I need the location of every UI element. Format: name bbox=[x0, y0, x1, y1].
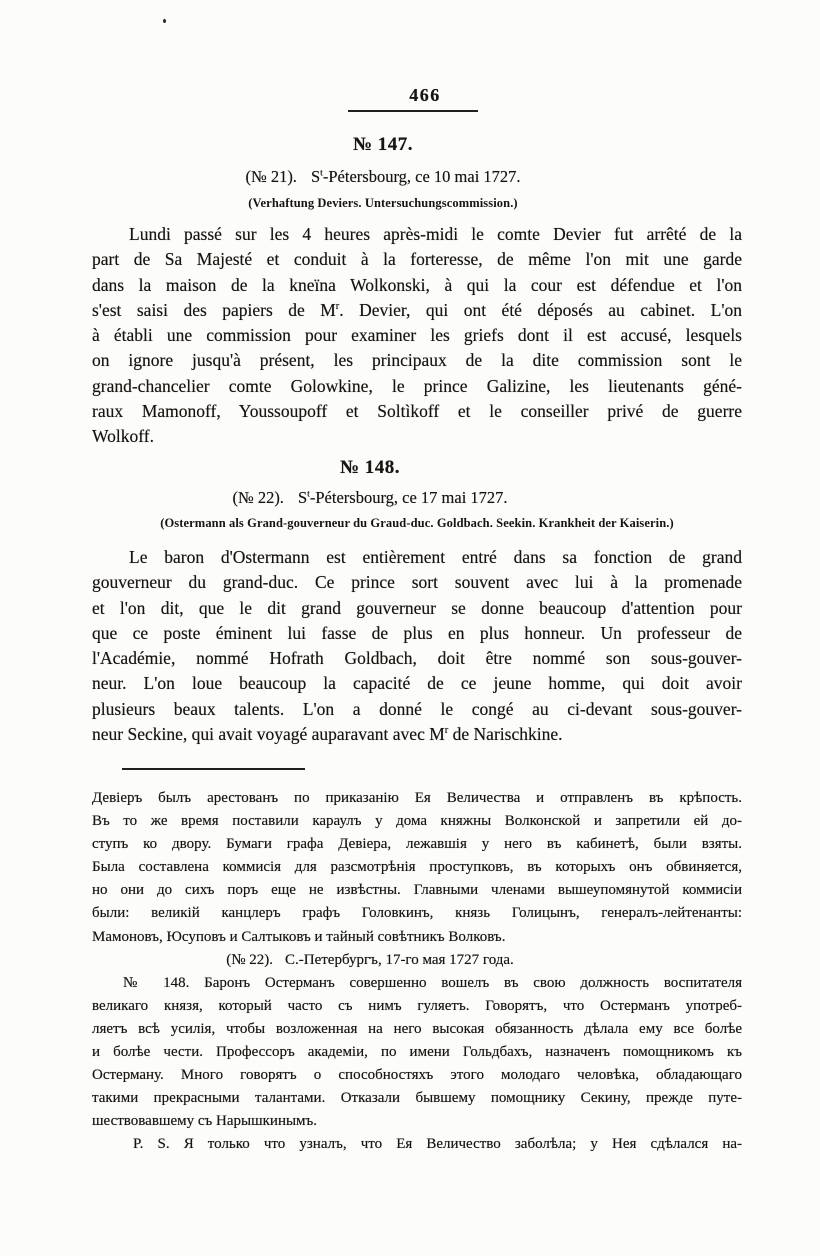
footnote-line: Въ то же время поставили караулъ у дома … bbox=[92, 810, 742, 833]
text-line: neur Seckine, qui avait voyagé auparavan… bbox=[92, 722, 742, 747]
footnote-line: шествовавшему съ Нарышкинымъ. bbox=[92, 1110, 742, 1133]
footnote-line: и болѣе чести. Профессоръ академіи, по и… bbox=[92, 1041, 742, 1064]
footnote-line: великаго князя, который часто съ нимъ гу… bbox=[92, 995, 742, 1018]
entry-148-dateline-place: St-Pétersbourg, ce 17 mai 1727. bbox=[298, 488, 508, 507]
footnote-line: Девіеръ былъ арестованъ по приказанію Ея… bbox=[92, 787, 742, 810]
footnote-dateline-number: (№ 22). bbox=[226, 952, 273, 968]
footnote-separator-rule bbox=[122, 768, 305, 770]
text-line: et l'on dit, que le dit grand gouverneur… bbox=[92, 596, 742, 621]
text-line: à établi une commission pour examiner le… bbox=[92, 323, 742, 348]
footnote-line: ступъ ко двору. Бумаги графа Девіера, ле… bbox=[92, 833, 742, 856]
page-number-rule bbox=[348, 110, 478, 112]
entry-148-caption: (Ostermann als Grand-gouverneur du Graud… bbox=[92, 516, 742, 531]
entry-147-dateline-place: St-Pétersbourg, ce 10 mai 1727. bbox=[311, 167, 521, 186]
footnote-line: № 148. Баронъ Остерманъ совершенно вошел… bbox=[92, 972, 742, 995]
text-line: grand-chancelier comte Golowkine, le pri… bbox=[92, 374, 742, 399]
entry-147-dateline: (№ 21).St-Pétersbourg, ce 10 mai 1727. bbox=[58, 167, 708, 187]
page-number: 466 bbox=[100, 85, 750, 106]
text-line: gouverneur du grand-duc. Ce prince sort … bbox=[92, 570, 742, 595]
scan-speck bbox=[163, 19, 166, 23]
text-line: que ce poste éminent lui fasse de plus e… bbox=[92, 621, 742, 646]
entry-148-dateline-number: (№ 22). bbox=[232, 488, 283, 507]
text-line: on ignore jusqu'à présent, les principau… bbox=[92, 348, 742, 373]
footnote-postscript-line: P. S. Я только что узналъ, что Ея Величе… bbox=[92, 1133, 742, 1156]
text-line: Wolkoff. bbox=[92, 424, 742, 449]
text-line: plusieurs beaux talents. L'on a donné le… bbox=[92, 697, 742, 722]
entry-148-text: Le baron d'Ostermann est entièrement ent… bbox=[92, 545, 742, 747]
text-line: neur. L'on loue beaucoup la capacité de … bbox=[92, 671, 742, 696]
footnote-line: такими прекрасными талантами. Отказали б… bbox=[92, 1087, 742, 1110]
text-line: Le baron d'Ostermann est entièrement ent… bbox=[92, 545, 742, 570]
text-line: raux Mamonoff, Youssoupoff et Soltìkoff … bbox=[92, 399, 742, 424]
text-line: l'Académie, nommé Hofrath Goldbach, doit… bbox=[92, 646, 742, 671]
footnote-line: ляетъ всѣ усилія, чтобы возложенная на н… bbox=[92, 1018, 742, 1041]
entry-148-dateline: (№ 22).St-Pétersbourg, ce 17 mai 1727. bbox=[45, 488, 695, 508]
entry-147-heading: № 147. bbox=[58, 134, 708, 156]
scanned-book-page: 466 № 147. (№ 21).St-Pétersbourg, ce 10 … bbox=[0, 0, 820, 1256]
entry-147-caption: (Verhaftung Deviers. Untersuchungscommis… bbox=[58, 196, 708, 211]
text-line: part de Sa Majesté et conduit à la forte… bbox=[92, 247, 742, 272]
footnote-line: но они до сихъ поръ еще не извѣстны. Гла… bbox=[92, 879, 742, 902]
text-line: dans la maison de la kneïna Wolkonski, à… bbox=[92, 273, 742, 298]
text-line: s'est saisi des papiers de Mr. Devier, q… bbox=[92, 298, 742, 323]
entry-148-heading: № 148. bbox=[45, 457, 695, 479]
entry-147-text: Lundi passé sur les 4 heures après-midi … bbox=[92, 222, 742, 450]
footnote-line: Мамоновъ, Юсуповъ и Салтыковъ и тайный с… bbox=[92, 926, 742, 949]
footnote-text: Девіеръ былъ арестованъ по приказанію Ея… bbox=[92, 787, 742, 1157]
footnote-dateline-place: С.-Петербургъ, 17-го мая 1727 года. bbox=[285, 952, 514, 968]
footnote-line: Остерману. Много говорятъ о способностях… bbox=[92, 1064, 742, 1087]
footnote-line: Была составлена коммисія для разсмотрѣні… bbox=[92, 856, 742, 879]
text-line: Lundi passé sur les 4 heures après-midi … bbox=[92, 222, 742, 247]
footnote-line: были: великій канцлеръ графъ Головкинъ, … bbox=[92, 902, 742, 925]
footnote-dateline: (№ 22).С.-Петербургъ, 17-го мая 1727 год… bbox=[45, 949, 695, 972]
entry-147-dateline-number: (№ 21). bbox=[245, 167, 296, 186]
